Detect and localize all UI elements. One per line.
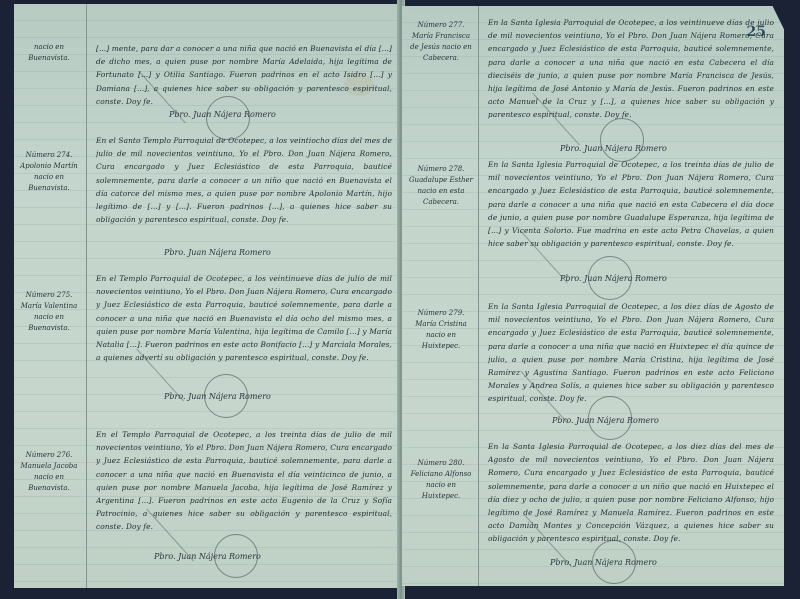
baptized-name: María Valentina bbox=[16, 301, 82, 312]
seal-stamp bbox=[588, 256, 632, 300]
margin-rule bbox=[86, 4, 87, 588]
baptized-name: Apolonio Martín bbox=[16, 161, 82, 172]
entry-number: Número 275. bbox=[16, 290, 82, 301]
baptized-name: María Francisca bbox=[408, 31, 474, 42]
margin-note: Número 280. Feliciano Alfonso nacio en H… bbox=[408, 458, 474, 502]
seal-stamp bbox=[592, 540, 636, 584]
left-page: nacio en Buenavista. [...] mente, para d… bbox=[14, 4, 400, 588]
margin-line-text: nacio en bbox=[16, 172, 82, 183]
entry-text: En el Templo Parroquial de Ocotepec, a l… bbox=[96, 272, 392, 384]
birthplace: Huixtepec. bbox=[408, 491, 474, 502]
baptized-name: Manuela Jacoba bbox=[16, 461, 82, 472]
birthplace: Cabecera. bbox=[408, 53, 474, 64]
birthplace: Cabecera. bbox=[408, 197, 474, 208]
margin-line-text: de Jesús nacio en bbox=[408, 42, 474, 53]
entry-text: [...] mente, para dar a conocer a una ni… bbox=[96, 42, 392, 112]
birthplace: Buenavista. bbox=[16, 183, 82, 194]
entry-text: En la Santa Iglesia Parroquial de Ocotep… bbox=[488, 300, 774, 412]
seal-stamp bbox=[588, 396, 632, 440]
entry-text: En el Templo Parroquial de Ocotepec, a l… bbox=[96, 428, 392, 540]
margin-note: Número 278. Guadalupe Esther nacio en es… bbox=[408, 164, 474, 208]
seal-stamp bbox=[600, 118, 644, 162]
margin-note: Número 276. Manuela Jacoba nacio en Buen… bbox=[16, 450, 82, 494]
margin-line-text: nacio en bbox=[16, 472, 82, 483]
baptized-name: Feliciano Alfonso bbox=[408, 469, 474, 480]
entry-number: Número 277. bbox=[408, 20, 474, 31]
seal-stamp bbox=[214, 534, 258, 578]
entry-text: En el Santo Templo Parroquial de Ocotepe… bbox=[96, 134, 392, 244]
margin-line-text: nacio en bbox=[408, 480, 474, 491]
entry-text: En la Santa Iglesia Parroquial de Ocotep… bbox=[488, 440, 774, 552]
entry-number: Número 278. bbox=[408, 164, 474, 175]
birthplace: Buenavista. bbox=[16, 483, 82, 494]
entry-number: Número 274. bbox=[16, 150, 82, 161]
margin-line-text: nacio en bbox=[408, 330, 474, 341]
signature: Pbro. Juan Nájera Romero bbox=[164, 248, 271, 257]
margin-line-text: nacio en bbox=[16, 312, 82, 323]
margin-line-text: nacio en bbox=[16, 42, 82, 53]
seal-stamp bbox=[204, 374, 248, 418]
entry-number: Número 276. bbox=[16, 450, 82, 461]
margin-note: nacio en Buenavista. bbox=[16, 42, 82, 64]
baptized-name: María Cristina bbox=[408, 319, 474, 330]
entry-number: Número 279. bbox=[408, 308, 474, 319]
margin-note: Número 275. María Valentina nacio en Bue… bbox=[16, 290, 82, 334]
entry-number: Número 280. bbox=[408, 458, 474, 469]
margin-note: Número 274. Apolonio Martín nacio en Bue… bbox=[16, 150, 82, 194]
margin-line-text: nacio en esta bbox=[408, 186, 474, 197]
margin-note: Número 277. María Francisca de Jesús nac… bbox=[408, 20, 474, 64]
margin-rule bbox=[478, 6, 479, 586]
birthplace: Huixtepec. bbox=[408, 341, 474, 352]
birthplace: Buenavista. bbox=[16, 323, 82, 334]
right-page: 25 Número 277. María Francisca de Jesús … bbox=[402, 6, 784, 586]
margin-line-text: Buenavista. bbox=[16, 53, 82, 64]
margin-note: Número 279. María Cristina nacio en Huix… bbox=[408, 308, 474, 352]
entry-text: En la Santa Iglesia Parroquial de Ocotep… bbox=[488, 158, 774, 270]
register-book: nacio en Buenavista. [...] mente, para d… bbox=[0, 0, 800, 599]
baptized-name: Guadalupe Esther bbox=[408, 175, 474, 186]
